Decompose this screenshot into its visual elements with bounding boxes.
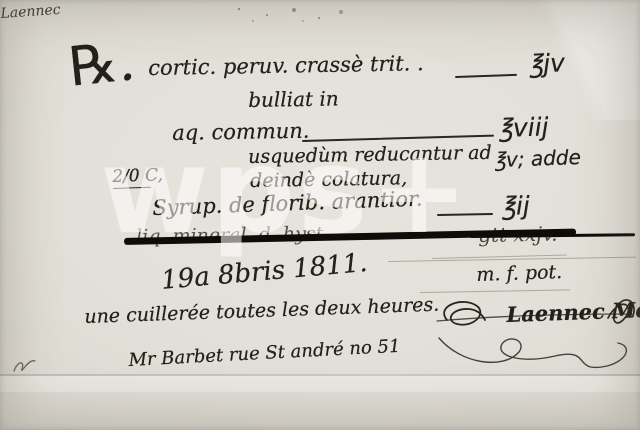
pencil-mark	[10, 352, 42, 378]
date-line: 19a 8bris 1811.	[160, 248, 369, 296]
instruction-boil: bulliat in	[248, 86, 339, 112]
ink-specks	[238, 8, 240, 10]
patient-address: Mr Barbet rue St andré no 51	[128, 336, 401, 371]
ingredient1-quantity: ℥jv	[528, 48, 566, 79]
rx-symbol: ℞.	[66, 29, 138, 99]
manuscript-photo: Laennec ℞. cortic. peruv. crassè trit. .…	[0, 0, 640, 430]
ingredient1-text: cortic. peruv. crassè trit. .	[148, 51, 424, 80]
faint-guide-line	[388, 257, 636, 262]
signature-lower-flourish	[439, 338, 626, 368]
signature-name: Laennec Med	[506, 297, 640, 327]
paper-crease-band	[0, 376, 640, 392]
ingredient2-text: aq. commun.	[172, 119, 310, 145]
signature-paraph	[444, 302, 485, 325]
dosage-instruction: une cuillerée toutes les deux heures.	[84, 294, 440, 328]
ingredient2-quantity: ℥viij	[498, 112, 549, 143]
instruction-reduce-quantity: ℥v; adde	[494, 145, 581, 172]
ingredient3-text: Syrup. de florib. arantior.	[152, 187, 423, 220]
dash-line	[437, 213, 493, 216]
ingredient3-quantity: ℥ij	[501, 191, 530, 221]
instruction-reduce-text: usquedùm reducantur ad	[248, 142, 492, 168]
archive-note: Laennec	[0, 2, 61, 22]
margin-number: 2/0 C,	[112, 165, 163, 187]
dash-line	[302, 135, 494, 142]
make-instruction: m. f. pot.	[476, 261, 563, 286]
margin-number-underline	[113, 187, 151, 189]
